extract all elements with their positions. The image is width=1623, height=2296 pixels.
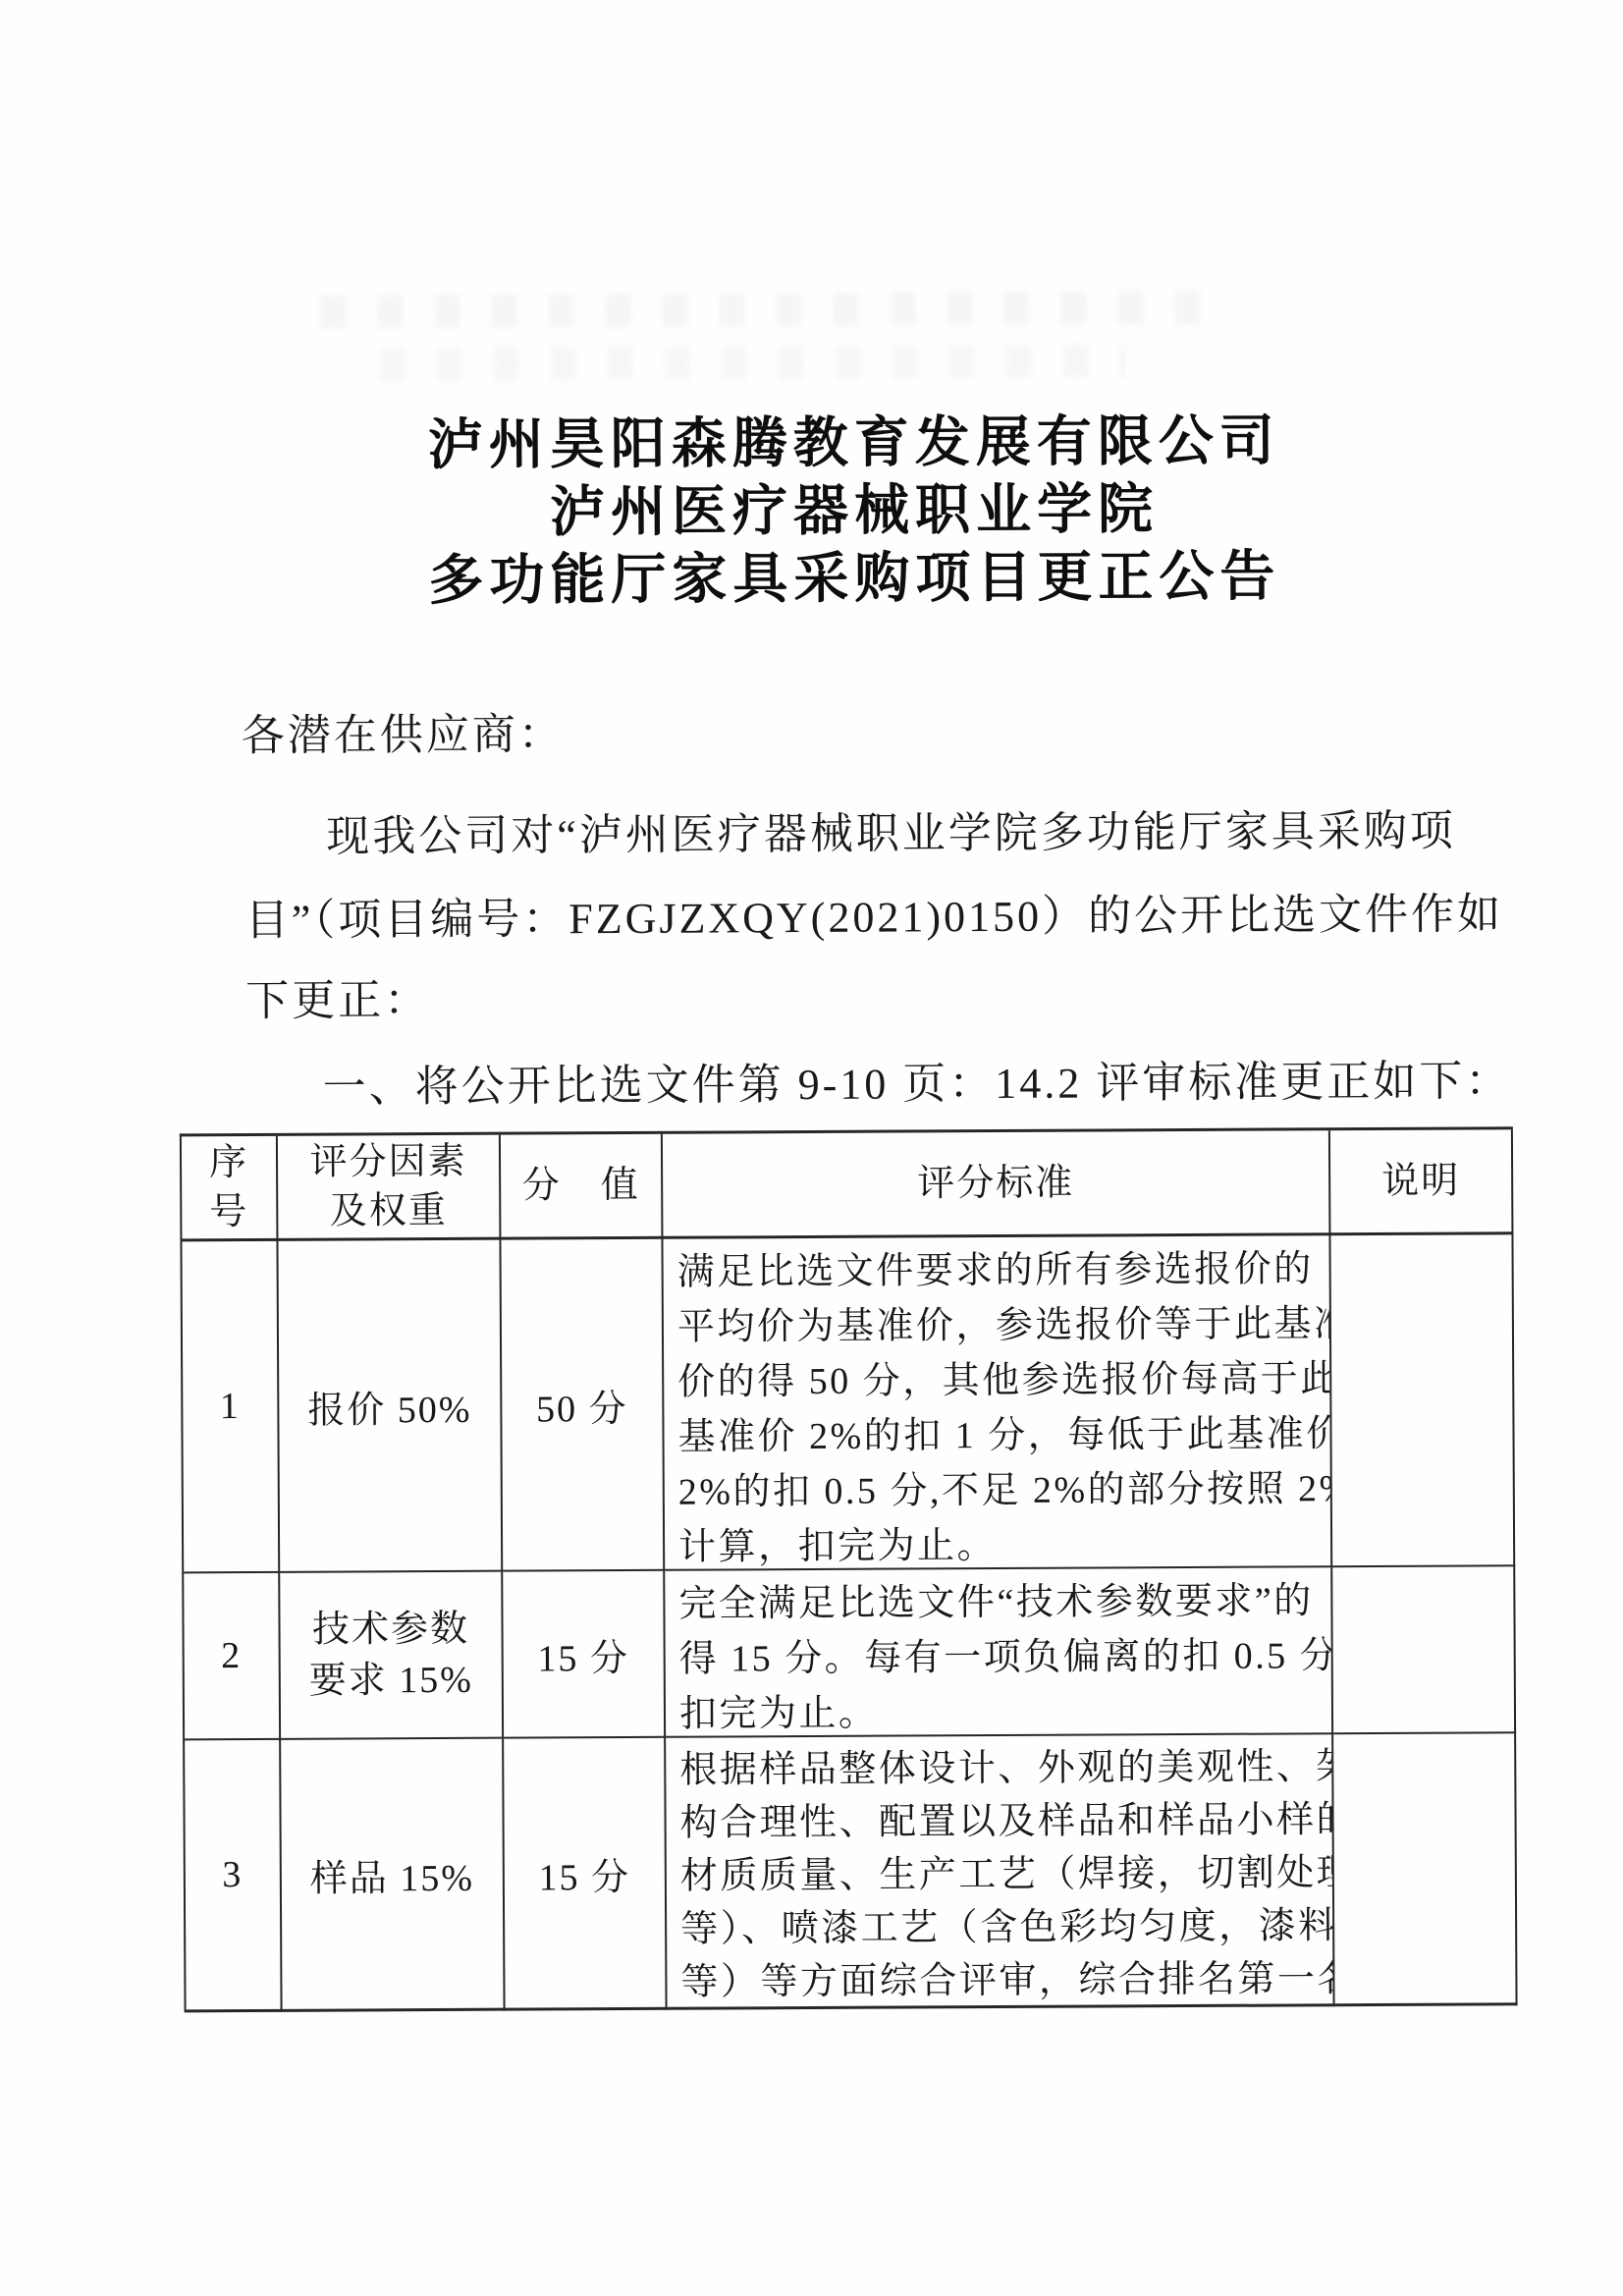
score-cell: 15 分 bbox=[503, 1571, 666, 1739]
criteria-line: 计算，扣完为止。 bbox=[678, 1516, 1321, 1570]
criteria-line: 材质质量、生产工艺（焊接，切割处理 bbox=[680, 1846, 1323, 1902]
paragraph-line: 下更正： bbox=[245, 964, 430, 1028]
note-cell bbox=[1333, 1733, 1517, 2006]
note-cell bbox=[1332, 1566, 1516, 1734]
paragraph-line: 一、将公开比选文件第 9-10 页：14.2 评审标准更正如下： bbox=[322, 1045, 1511, 1114]
header-serial-number: 序 号 bbox=[182, 1136, 279, 1242]
scan-content: 泸州昊阳森腾教育发展有限公司 泸州医疗器械职业学院 多功能厅家具采购项目更正公告… bbox=[0, 0, 1623, 2296]
criteria-cell: 根据样品整体设计、外观的美观性、架 构合理性、配置以及样品和样品小样的 材质质量… bbox=[666, 1734, 1334, 2010]
header-score-value: 分 值 bbox=[501, 1134, 664, 1240]
evaluation-table: 序 号 评分因素 及权重 分 值 评分标准 说明 1 报价 50% 50 分 满… bbox=[180, 1126, 1518, 2012]
criteria-line: 等）、喷漆工艺（含色彩均匀度，漆料 bbox=[680, 1899, 1323, 1955]
criteria-line: 2%的扣 0.5 分,不足 2%的部分按照 2% bbox=[678, 1461, 1321, 1519]
note-cell bbox=[1330, 1234, 1515, 1567]
criteria-line: 扣完为止。 bbox=[679, 1683, 1322, 1737]
header-scoring-criteria: 评分标准 bbox=[663, 1130, 1331, 1239]
criteria-line: 得 15 分。每有一项负偏离的扣 0.5 分， bbox=[679, 1628, 1322, 1686]
factor-cell: 报价 50% bbox=[278, 1240, 503, 1573]
title-line-3: 多功能厅家具采购项目更正公告 bbox=[43, 541, 1623, 618]
header-note: 说明 bbox=[1330, 1129, 1514, 1235]
criteria-cell: 满足比选文件要求的所有参选报价的 平均价为基准价，参选报价等于此基准 价的得 5… bbox=[663, 1235, 1332, 1571]
paragraph-line: 现我公司对“泸州医疗器械职业学院多功能厅家具采购项 bbox=[326, 795, 1456, 864]
title-line-1: 泸州昊阳森腾教育发展有限公司 bbox=[42, 406, 1623, 482]
criteria-line: 价的得 50 分，其他参选报价每高于此 bbox=[677, 1351, 1320, 1409]
factor-cell: 技术参数 要求 15% bbox=[280, 1572, 504, 1740]
criteria-line: 完全满足比选文件“技术参数要求”的 bbox=[678, 1573, 1321, 1631]
page-title: 泸州昊阳森腾教育发展有限公司 泸州医疗器械职业学院 多功能厅家具采购项目更正公告 bbox=[42, 406, 1623, 618]
score-cell: 15 分 bbox=[504, 1738, 667, 2011]
serial-cell: 1 bbox=[182, 1241, 280, 1574]
document-page: 泸州昊阳森腾教育发展有限公司 泸州医疗器械职业学院 多功能厅家具采购项目更正公告… bbox=[0, 0, 1623, 2296]
criteria-line: 构合理性、配置以及样品和样品小样的 bbox=[679, 1793, 1322, 1849]
score-cell: 50 分 bbox=[501, 1239, 665, 1572]
paragraph-line: 目”（项目编号：FZGJZXQY(2021)0150）的公开比选文件作如 bbox=[245, 878, 1504, 948]
criteria-line: 等）等方面综合评审，综合排名第一名 bbox=[680, 1952, 1323, 2008]
title-line-2: 泸州医疗器械职业学院 bbox=[42, 473, 1623, 550]
criteria-line: 满足比选文件要求的所有参选报价的 bbox=[676, 1241, 1319, 1299]
criteria-line: 根据样品整体设计、外观的美观性、架 bbox=[679, 1740, 1322, 1796]
scan-bleed-artifact bbox=[320, 291, 1204, 329]
header-scoring-factor-weight: 评分因素 及权重 bbox=[278, 1135, 502, 1241]
factor-cell: 样品 15% bbox=[281, 1739, 505, 2012]
salutation: 各潜在供应商： bbox=[242, 698, 565, 763]
criteria-cell: 完全满足比选文件“技术参数要求”的 得 15 分。每有一项负偏离的扣 0.5 分… bbox=[665, 1567, 1333, 1738]
criteria-line: 基准价 2%的扣 1 分，每低于此基准价 bbox=[677, 1406, 1320, 1464]
serial-cell: 2 bbox=[184, 1573, 281, 1741]
criteria-line: 平均价为基准价，参选报价等于此基准 bbox=[677, 1296, 1320, 1354]
scan-bleed-artifact bbox=[380, 344, 1126, 381]
serial-cell: 3 bbox=[185, 1740, 282, 2013]
